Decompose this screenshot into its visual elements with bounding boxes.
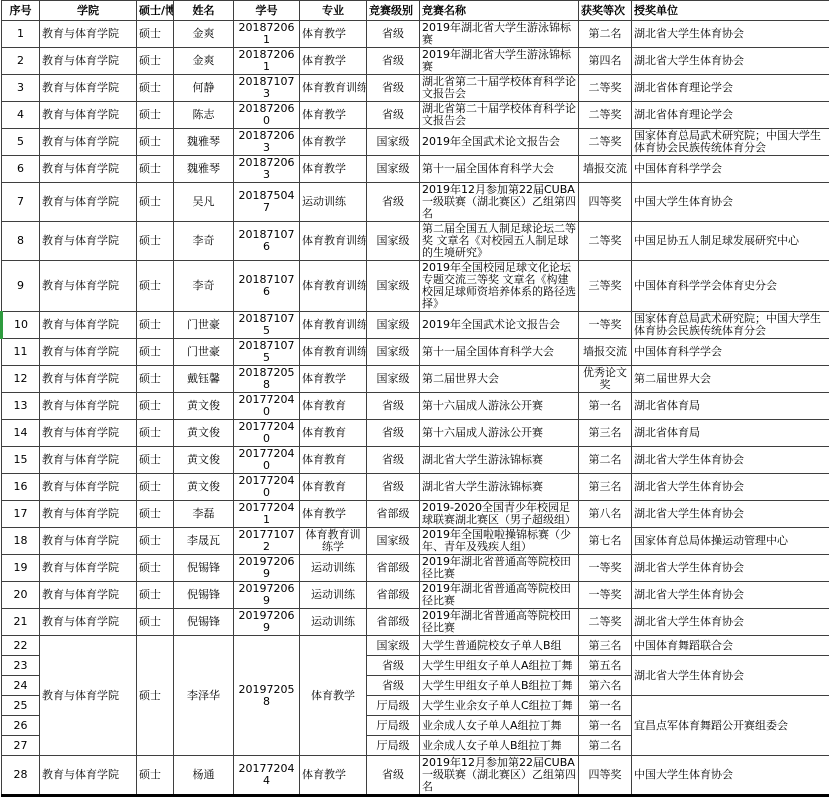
table-cell[interactable]: 运动训练	[300, 582, 367, 609]
table-cell[interactable]: 第五名	[579, 656, 632, 676]
table-cell[interactable]: 门世豪	[174, 312, 234, 339]
table-cell[interactable]: 9	[2, 261, 40, 312]
table-cell[interactable]: 201772040	[234, 420, 300, 447]
table-cell[interactable]: 体育教育训练	[300, 261, 367, 312]
header-row: 序号学院硕士/博士姓名学号专业竞赛级别竞赛名称获奖等次授奖单位	[2, 1, 829, 21]
table-cell[interactable]: 黄文俊	[174, 393, 234, 420]
table-cell[interactable]: 教育与体育学院	[40, 582, 137, 609]
table-cell[interactable]: 26	[2, 716, 40, 736]
table-cell[interactable]: 第二届全国五人制足球论坛二等奖 文章名《对校园五人制足球的生境研究》	[420, 222, 579, 261]
table-cell[interactable]: 大学生普通院校女子单人B组	[420, 636, 579, 656]
table-cell[interactable]: 国家级	[367, 222, 420, 261]
table-cell[interactable]: 体育教学	[300, 366, 367, 393]
table-cell[interactable]: 二等奖	[579, 609, 632, 636]
table-cell[interactable]: 1	[2, 21, 40, 48]
table-cell[interactable]: 倪锡锋	[174, 582, 234, 609]
table-cell[interactable]: 13	[2, 393, 40, 420]
table-cell[interactable]: 201772044	[234, 756, 300, 796]
table-cell[interactable]: 201972069	[234, 609, 300, 636]
table-cell[interactable]: 教育与体育学院	[40, 366, 137, 393]
table-cell[interactable]: 2019年全国武术论文报告会	[420, 129, 579, 156]
table-cell[interactable]: 大学生甲组女子单人A组拉丁舞	[420, 656, 579, 676]
table-cell[interactable]: 国家体育总局体操运动管理中心	[632, 528, 829, 555]
table-row: 11教育与体育学院硕士门世豪201871075体育教育训练国家级第十一届全国体育…	[2, 339, 829, 366]
table-cell[interactable]: 教育与体育学院	[40, 48, 137, 75]
table-cell[interactable]: 何静	[174, 75, 234, 102]
table-cell[interactable]: 一等奖	[579, 555, 632, 582]
table-cell[interactable]: 2019年12月参加第22届CUBA一级联赛（湖北赛区）乙组第四名	[420, 183, 579, 222]
table-cell[interactable]: 二等奖	[579, 129, 632, 156]
table-cell[interactable]: 体育教育	[300, 393, 367, 420]
table-cell[interactable]: 4	[2, 102, 40, 129]
table-cell[interactable]: 22	[2, 636, 40, 656]
table-cell[interactable]: 20	[2, 582, 40, 609]
table-row: 21教育与体育学院硕士倪锡锋201972069运动训练省部级2019年湖北省普通…	[2, 609, 829, 636]
table-cell[interactable]: 16	[2, 474, 40, 501]
column-header[interactable]: 授奖单位	[632, 1, 829, 21]
table-cell[interactable]: 硕士	[137, 129, 174, 156]
table-cell[interactable]: 201872061	[234, 21, 300, 48]
table-cell[interactable]: 体育教学	[300, 501, 367, 528]
table-cell[interactable]: 湖北省大学生游泳锦标赛	[420, 447, 579, 474]
table-row: 3教育与体育学院硕士何静201871073体育教育训练省级湖北省第二十届学校体育…	[2, 75, 829, 102]
table-cell[interactable]: 第二届世界大会	[632, 366, 829, 393]
table-cell[interactable]: 25	[2, 696, 40, 716]
table-cell[interactable]: 硕士	[137, 555, 174, 582]
table-cell[interactable]: 运动训练	[300, 183, 367, 222]
table-cell[interactable]: 第八名	[579, 501, 632, 528]
table-cell[interactable]: 魏雅琴	[174, 156, 234, 183]
table-cell[interactable]: 中国体育舞蹈联合会	[632, 636, 829, 656]
table-cell[interactable]: 15	[2, 447, 40, 474]
table-cell[interactable]: 金爽	[174, 48, 234, 75]
table-row: 12教育与体育学院硕士戴钰馨201872058体育教学国家级第二届世界大会优秀论…	[2, 366, 829, 393]
table-cell[interactable]: 11	[2, 339, 40, 366]
table-cell[interactable]: 教育与体育学院	[40, 474, 137, 501]
table-cell[interactable]: 教育与体育学院	[40, 129, 137, 156]
table-cell[interactable]: 优秀论文奖	[579, 366, 632, 393]
table-cell[interactable]: 一等奖	[579, 582, 632, 609]
table-cell[interactable]: 2019年全国校园足球文化论坛专题交流三等奖 文章名《构建校园足球师资培养体系的…	[420, 261, 579, 312]
table-cell[interactable]: 第二名	[579, 736, 632, 756]
table-cell[interactable]: 7	[2, 183, 40, 222]
table-cell[interactable]: 湖北省大学生体育协会	[632, 656, 829, 696]
table-cell[interactable]: 湖北省大学生体育协会	[632, 555, 829, 582]
table-cell[interactable]: 国家级	[367, 156, 420, 183]
table-header: 序号学院硕士/博士姓名学号专业竞赛级别竞赛名称获奖等次授奖单位	[2, 1, 829, 21]
table-cell[interactable]: 2019年12月参加第22届CUBA一级联赛（湖北赛区）乙组第四名	[420, 756, 579, 796]
table-cell[interactable]: 21	[2, 609, 40, 636]
table-cell[interactable]: 李奇	[174, 261, 234, 312]
table-cell[interactable]: 杨通	[174, 756, 234, 796]
column-header[interactable]: 获奖等次	[579, 1, 632, 21]
table-cell[interactable]: 省级	[367, 656, 420, 676]
table-cell[interactable]: 2019年全国啦啦操锦标赛（少年、青年及残疾人组）	[420, 528, 579, 555]
table-cell[interactable]: 省部级	[367, 609, 420, 636]
table-cell[interactable]: 第十一届全国体育科学大会	[420, 339, 579, 366]
table-cell[interactable]: 12	[2, 366, 40, 393]
table-cell[interactable]: 201872060	[234, 102, 300, 129]
table-row: 4教育与体育学院硕士陈志201872060体育教学省级湖北省第二十届学校体育科学…	[2, 102, 829, 129]
table-cell[interactable]: 201872063	[234, 156, 300, 183]
table-cell[interactable]: 体育教学	[300, 48, 367, 75]
table-cell[interactable]: 三等奖	[579, 261, 632, 312]
table-cell[interactable]: 省级	[367, 48, 420, 75]
table-cell[interactable]: 201972058	[234, 636, 300, 756]
table-cell[interactable]: 体育教育训练	[300, 222, 367, 261]
table-cell[interactable]: 黄文俊	[174, 474, 234, 501]
table-cell[interactable]: 第三名	[579, 474, 632, 501]
table-cell[interactable]: 湖北省大学生体育协会	[632, 474, 829, 501]
table-cell[interactable]: 硕士	[137, 48, 174, 75]
table-cell[interactable]: 国家级	[367, 261, 420, 312]
table-cell[interactable]: 中国足协五人制足球发展研究中心	[632, 222, 829, 261]
table-cell[interactable]: 201972069	[234, 582, 300, 609]
column-header[interactable]: 姓名	[174, 1, 234, 21]
table-cell[interactable]: 湖北省大学生体育协会	[632, 447, 829, 474]
table-row: 6教育与体育学院硕士魏雅琴201872063体育教学国家级第十一届全国体育科学大…	[2, 156, 829, 183]
table-cell[interactable]: 金爽	[174, 21, 234, 48]
table-row: 17教育与体育学院硕士李磊201772041体育教学省部级2019-2020全国…	[2, 501, 829, 528]
table-row: 22教育与体育学院硕士李泽华201972058体育教学国家级大学生普通院校女子单…	[2, 636, 829, 656]
awards-table: 序号学院硕士/博士姓名学号专业竞赛级别竞赛名称获奖等次授奖单位 1教育与体育学院…	[0, 0, 829, 797]
table-cell[interactable]: 硕士	[137, 222, 174, 261]
table-cell[interactable]: 国家级	[367, 129, 420, 156]
table-cell[interactable]: 教育与体育学院	[40, 183, 137, 222]
table-cell[interactable]: 厅局级	[367, 736, 420, 756]
table-cell[interactable]: 教育与体育学院	[40, 21, 137, 48]
table-cell[interactable]: 教育与体育学院	[40, 528, 137, 555]
table-cell[interactable]: 省级	[367, 676, 420, 696]
table-cell[interactable]: 第十六届成人游泳公开赛	[420, 420, 579, 447]
table-cell[interactable]: 体育教学	[300, 636, 367, 756]
table-cell[interactable]: 201772040	[234, 393, 300, 420]
table-cell[interactable]: 省级	[367, 474, 420, 501]
table-cell[interactable]: 201871075	[234, 339, 300, 366]
table-cell[interactable]: 教育与体育学院	[40, 393, 137, 420]
table-cell[interactable]: 湖北省体育理论学会	[632, 102, 829, 129]
table-cell[interactable]: 硕士	[137, 366, 174, 393]
table-cell[interactable]: 3	[2, 75, 40, 102]
table-cell[interactable]: 四等奖	[579, 756, 632, 796]
table-cell[interactable]: 省部级	[367, 582, 420, 609]
table-cell[interactable]: 湖北省大学生体育协会	[632, 21, 829, 48]
table-cell[interactable]: 第三名	[579, 636, 632, 656]
table-cell[interactable]: 第十一届全国体育科学大会	[420, 156, 579, 183]
table-cell[interactable]: 湖北省体育局	[632, 393, 829, 420]
table-row: 19教育与体育学院硕士倪锡锋201972069运动训练省部级2019年湖北省普通…	[2, 555, 829, 582]
table-cell[interactable]: 硕士	[137, 183, 174, 222]
column-header[interactable]: 竞赛名称	[420, 1, 579, 21]
table-cell[interactable]: 硕士	[137, 474, 174, 501]
table-cell[interactable]: 省级	[367, 183, 420, 222]
table-cell[interactable]: 国家级	[367, 528, 420, 555]
table-cell[interactable]: 硕士	[137, 447, 174, 474]
table-cell[interactable]: 硕士	[137, 156, 174, 183]
table-cell[interactable]: 硕士	[137, 75, 174, 102]
table-cell[interactable]: 硕士	[137, 420, 174, 447]
column-header[interactable]: 硕士/博士	[137, 1, 174, 21]
table-cell[interactable]: 201771072	[234, 528, 300, 555]
table-cell[interactable]: 省级	[367, 393, 420, 420]
table-cell[interactable]: 教育与体育学院	[40, 447, 137, 474]
table-cell[interactable]: 28	[2, 756, 40, 796]
table-cell[interactable]: 体育教育训练	[300, 75, 367, 102]
table-cell[interactable]: 运动训练	[300, 609, 367, 636]
table-cell[interactable]: 倪锡锋	[174, 555, 234, 582]
table-cell[interactable]: 201772040	[234, 447, 300, 474]
table-cell[interactable]: 倪锡锋	[174, 609, 234, 636]
table-cell[interactable]: 湖北省体育理论学会	[632, 75, 829, 102]
table-cell[interactable]: 省级	[367, 75, 420, 102]
table-cell[interactable]: 教育与体育学院	[40, 312, 137, 339]
table-cell[interactable]: 教育与体育学院	[40, 156, 137, 183]
table-cell[interactable]: 李奇	[174, 222, 234, 261]
table-cell[interactable]: 墙报交流	[579, 339, 632, 366]
table-cell[interactable]: 硕士	[137, 609, 174, 636]
table-cell[interactable]: 硕士	[137, 261, 174, 312]
table-cell[interactable]: 教育与体育学院	[40, 420, 137, 447]
table-cell[interactable]: 体育教学	[300, 756, 367, 796]
table-cell[interactable]: 201872063	[234, 129, 300, 156]
table-cell[interactable]: 23	[2, 656, 40, 676]
table-cell[interactable]: 第一名	[579, 716, 632, 736]
table-cell[interactable]: 24	[2, 676, 40, 696]
table-cell[interactable]: 19	[2, 555, 40, 582]
table-body: 1教育与体育学院硕士金爽201872061体育教学省级2019年湖北省大学生游泳…	[2, 21, 829, 796]
table-cell[interactable]: 国家级	[367, 312, 420, 339]
table-cell[interactable]: 体育教育训练	[300, 312, 367, 339]
table-row: 16教育与体育学院硕士黄文俊201772040体育教育省级湖北省大学生游泳锦标赛…	[2, 474, 829, 501]
table-cell[interactable]: 硕士	[137, 393, 174, 420]
table-cell[interactable]: 湖北省大学生游泳锦标赛	[420, 474, 579, 501]
table-cell[interactable]: 10	[2, 312, 40, 339]
table-cell[interactable]: 国家体育总局武术研究院；中国大学生体育协会民族传统体育分会	[632, 129, 829, 156]
table-cell[interactable]: 体育教育	[300, 447, 367, 474]
table-cell[interactable]: 教育与体育学院	[40, 102, 137, 129]
table-cell[interactable]: 教育与体育学院	[40, 75, 137, 102]
table-cell[interactable]: 中国大学生体育协会	[632, 756, 829, 796]
table-cell[interactable]: 门世豪	[174, 339, 234, 366]
table-cell[interactable]: 硕士	[137, 102, 174, 129]
table-cell[interactable]: 201875047	[234, 183, 300, 222]
table-cell[interactable]: 业余成人女子单人A组拉丁舞	[420, 716, 579, 736]
table-cell[interactable]: 2019-2020全国青少年校园足球联赛湖北赛区（男子超级组）	[420, 501, 579, 528]
table-cell[interactable]: 硕士	[137, 636, 174, 756]
table-cell[interactable]: 第四名	[579, 48, 632, 75]
table-cell[interactable]: 大学生甲组女子单人B组拉丁舞	[420, 676, 579, 696]
table-cell[interactable]: 二等奖	[579, 222, 632, 261]
table-cell[interactable]: 硕士	[137, 501, 174, 528]
table-cell[interactable]: 国家级	[367, 339, 420, 366]
table-cell[interactable]: 墙报交流	[579, 156, 632, 183]
table-cell[interactable]: 硕士	[137, 339, 174, 366]
table-cell[interactable]: 201972069	[234, 555, 300, 582]
table-cell[interactable]: 省部级	[367, 501, 420, 528]
table-cell[interactable]: 201871076	[234, 222, 300, 261]
table-cell[interactable]: 2019年湖北省普通高等院校田径比赛	[420, 555, 579, 582]
table-cell[interactable]: 中国体育科学学会	[632, 339, 829, 366]
table-cell[interactable]: 18	[2, 528, 40, 555]
table-cell[interactable]: 201871075	[234, 312, 300, 339]
table-cell[interactable]: 体育教育训练学	[300, 528, 367, 555]
table-cell[interactable]: 第六名	[579, 676, 632, 696]
table-row: 9教育与体育学院硕士李奇201871076体育教育训练国家级2019年全国校园足…	[2, 261, 829, 312]
table-cell[interactable]: 黄文俊	[174, 420, 234, 447]
table-cell[interactable]: 教育与体育学院	[40, 501, 137, 528]
column-header[interactable]: 序号	[2, 1, 40, 21]
table-cell[interactable]: 湖北省体育局	[632, 420, 829, 447]
table-cell[interactable]: 硕士	[137, 312, 174, 339]
table-cell[interactable]: 201871076	[234, 261, 300, 312]
table-cell[interactable]: 第三名	[579, 420, 632, 447]
table-cell[interactable]: 2019年全国武术论文报告会	[420, 312, 579, 339]
column-header[interactable]: 学院	[40, 1, 137, 21]
table-cell[interactable]: 体育教学	[300, 102, 367, 129]
table-row: 7教育与体育学院硕士吴凡201875047运动训练省级2019年12月参加第22…	[2, 183, 829, 222]
table-cell[interactable]: 厅局级	[367, 716, 420, 736]
table-cell[interactable]: 湖北省大学生体育协会	[632, 48, 829, 75]
table-cell[interactable]: 国家级	[367, 636, 420, 656]
table-cell[interactable]: 教育与体育学院	[40, 339, 137, 366]
table-cell[interactable]: 大学生业余女子单人C组拉丁舞	[420, 696, 579, 716]
table-cell[interactable]: 第二届世界大会	[420, 366, 579, 393]
table-cell[interactable]: 2	[2, 48, 40, 75]
table-cell[interactable]: 李晟瓦	[174, 528, 234, 555]
table-cell[interactable]: 体育教育	[300, 474, 367, 501]
table-cell[interactable]: 国家级	[367, 366, 420, 393]
table-cell[interactable]: 教育与体育学院	[40, 609, 137, 636]
column-header[interactable]: 学号	[234, 1, 300, 21]
table-cell[interactable]: 第一名	[579, 696, 632, 716]
table-cell[interactable]: 教育与体育学院	[40, 555, 137, 582]
table-cell[interactable]: 硕士	[137, 21, 174, 48]
table-cell[interactable]: 2019年湖北省大学生游泳锦标赛	[420, 21, 579, 48]
table-cell[interactable]: 201772041	[234, 501, 300, 528]
table-cell[interactable]: 硕士	[137, 528, 174, 555]
table-cell[interactable]: 2019年湖北省普通高等院校田径比赛	[420, 582, 579, 609]
table-cell[interactable]: 教育与体育学院	[40, 222, 137, 261]
table-cell[interactable]: 硕士	[137, 756, 174, 796]
column-header[interactable]: 竞赛级别	[367, 1, 420, 21]
table-cell[interactable]: 李泽华	[174, 636, 234, 756]
table-row: 2教育与体育学院硕士金爽201872061体育教学省级2019年湖北省大学生游泳…	[2, 48, 829, 75]
table-cell[interactable]: 湖北省第二十届学校体育科学论文报告会	[420, 102, 579, 129]
table-cell[interactable]: 硕士	[137, 582, 174, 609]
table-cell[interactable]: 6	[2, 156, 40, 183]
table-cell[interactable]: 湖北省大学生体育协会	[632, 582, 829, 609]
table-cell[interactable]: 四等奖	[579, 183, 632, 222]
table-cell[interactable]: 宜昌点军体育舞蹈公开赛组委会	[632, 696, 829, 756]
table-cell[interactable]: 吴凡	[174, 183, 234, 222]
table-cell[interactable]: 陈志	[174, 102, 234, 129]
table-cell[interactable]: 201871073	[234, 75, 300, 102]
table-cell[interactable]: 省级	[367, 420, 420, 447]
table-cell[interactable]: 2019年湖北省普通高等院校田径比赛	[420, 609, 579, 636]
table-cell[interactable]: 黄文俊	[174, 447, 234, 474]
table-cell[interactable]: 17	[2, 501, 40, 528]
table-row: 13教育与体育学院硕士黄文俊201772040体育教育省级第十六届成人游泳公开赛…	[2, 393, 829, 420]
table-cell[interactable]: 省级	[367, 102, 420, 129]
table-cell[interactable]: 魏雅琴	[174, 129, 234, 156]
table-cell[interactable]: 湖北省大学生体育协会	[632, 609, 829, 636]
table-row: 5教育与体育学院硕士魏雅琴201872063体育教学国家级2019年全国武术论文…	[2, 129, 829, 156]
table-row: 18教育与体育学院硕士李晟瓦201771072体育教育训练学国家级2019年全国…	[2, 528, 829, 555]
table-cell[interactable]: 第二名	[579, 447, 632, 474]
table-cell[interactable]: 戴钰馨	[174, 366, 234, 393]
table-row: 10教育与体育学院硕士门世豪201871075体育教育训练国家级2019年全国武…	[2, 312, 829, 339]
column-header[interactable]: 专业	[300, 1, 367, 21]
table-cell[interactable]: 第七名	[579, 528, 632, 555]
table-cell[interactable]: 教育与体育学院	[40, 636, 137, 756]
table-cell[interactable]: 业余成人女子单人B组拉丁舞	[420, 736, 579, 756]
table-cell[interactable]: 第二名	[579, 21, 632, 48]
table-row: 15教育与体育学院硕士黄文俊201772040体育教育省级湖北省大学生游泳锦标赛…	[2, 447, 829, 474]
table-cell[interactable]: 体育教学	[300, 129, 367, 156]
table-cell[interactable]: 省部级	[367, 555, 420, 582]
table-cell[interactable]: 体育教学	[300, 21, 367, 48]
table-cell[interactable]: 中国大学生体育协会	[632, 183, 829, 222]
table-cell[interactable]: 运动训练	[300, 555, 367, 582]
table-cell[interactable]: 2019年湖北省大学生游泳锦标赛	[420, 48, 579, 75]
table-cell[interactable]: 27	[2, 736, 40, 756]
table-cell[interactable]: 201872061	[234, 48, 300, 75]
table-cell[interactable]: 厅局级	[367, 696, 420, 716]
table-cell[interactable]: 第十六届成人游泳公开赛	[420, 393, 579, 420]
table-cell[interactable]: 201772040	[234, 474, 300, 501]
table-row: 28教育与体育学院硕士杨通201772044体育教学省级2019年12月参加第2…	[2, 756, 829, 796]
table-cell[interactable]: 二等奖	[579, 75, 632, 102]
table-cell[interactable]: 8	[2, 222, 40, 261]
table-cell[interactable]: 201872058	[234, 366, 300, 393]
table-cell[interactable]: 二等奖	[579, 102, 632, 129]
table-row: 1教育与体育学院硕士金爽201872061体育教学省级2019年湖北省大学生游泳…	[2, 21, 829, 48]
table-cell[interactable]: 湖北省第二十届学校体育科学论文报告会	[420, 75, 579, 102]
table-cell[interactable]: 湖北省大学生体育协会	[632, 501, 829, 528]
table-cell[interactable]: 体育教育	[300, 420, 367, 447]
table-cell[interactable]: 省级	[367, 756, 420, 796]
table-row: 14教育与体育学院硕士黄文俊201772040体育教育省级第十六届成人游泳公开赛…	[2, 420, 829, 447]
table-cell[interactable]: 体育教育训练	[300, 339, 367, 366]
table-cell[interactable]: 教育与体育学院	[40, 261, 137, 312]
table-cell[interactable]: 李磊	[174, 501, 234, 528]
table-cell[interactable]: 省级	[367, 21, 420, 48]
table-cell[interactable]: 第一名	[579, 393, 632, 420]
table-row: 8教育与体育学院硕士李奇201871076体育教育训练国家级第二届全国五人制足球…	[2, 222, 829, 261]
table-row: 20教育与体育学院硕士倪锡锋201972069运动训练省部级2019年湖北省普通…	[2, 582, 829, 609]
table-cell[interactable]: 14	[2, 420, 40, 447]
table-cell[interactable]: 省级	[367, 447, 420, 474]
table-cell[interactable]: 一等奖	[579, 312, 632, 339]
table-cell[interactable]: 中国体育科学学会体育史分会	[632, 261, 829, 312]
table-cell[interactable]: 体育教学	[300, 156, 367, 183]
table-cell[interactable]: 5	[2, 129, 40, 156]
table-cell[interactable]: 国家体育总局武术研究院；中国大学生体育协会民族传统体育分会	[632, 312, 829, 339]
table-cell[interactable]: 中国体育科学学会	[632, 156, 829, 183]
table-cell[interactable]: 教育与体育学院	[40, 756, 137, 796]
